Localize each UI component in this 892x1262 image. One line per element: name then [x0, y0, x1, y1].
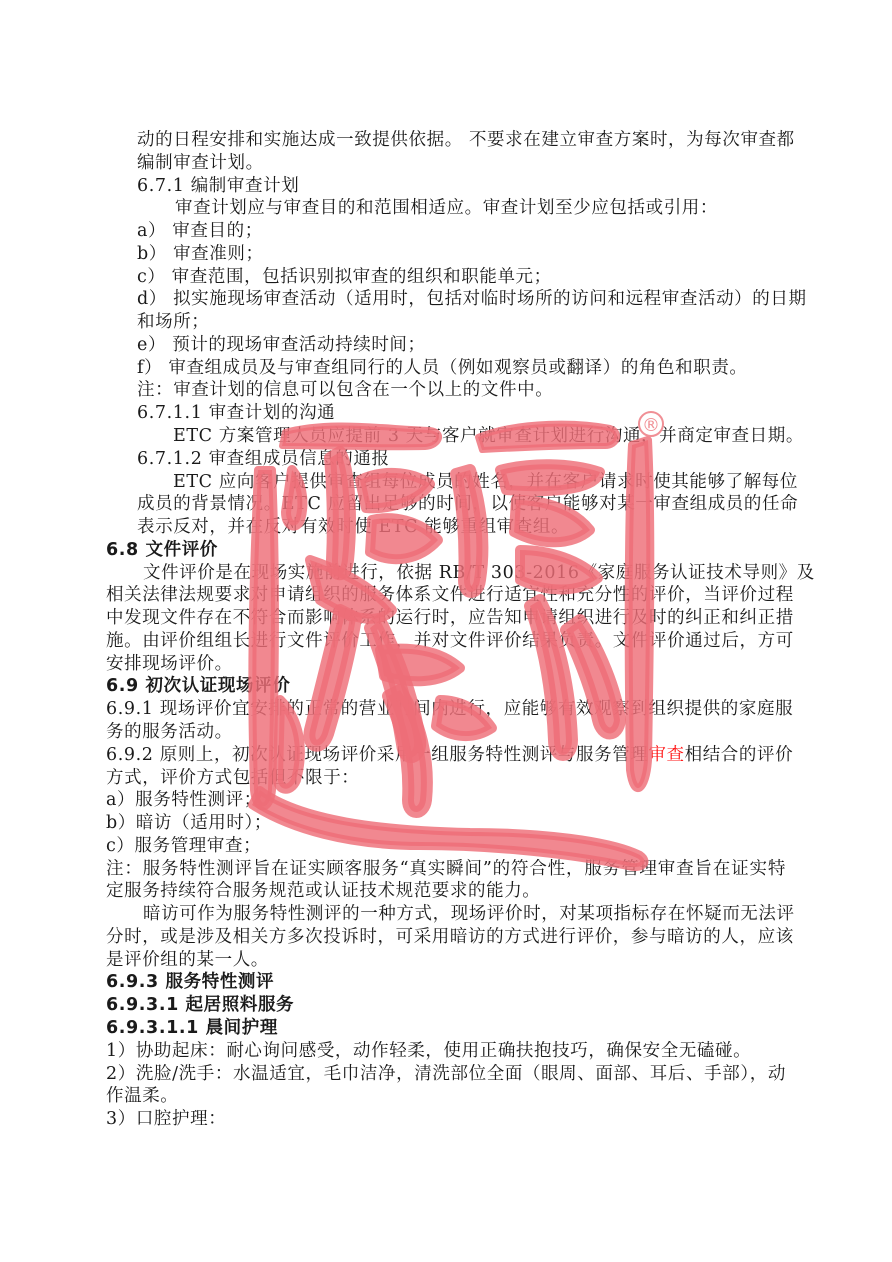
section-heading: 6.9.3.1.1 晨间护理: [106, 1017, 278, 1040]
text-line: 安排现场评价。: [106, 653, 233, 676]
text-line: 6.9.1 现场评价宜安排的正常的营业时间内进行，应能够有效观察到组织提供的家庭…: [106, 698, 786, 721]
section-heading: 6.9.3.1 起居照料服务: [106, 994, 294, 1017]
text-line: 2）洗脸/洗手：水温适宜，毛巾洁净，清洗部位全面（眼周、面部、耳后、手部），动: [106, 1063, 786, 1086]
text-line: a）服务特性测评；: [106, 789, 262, 812]
text-line: b） 审查准则；: [137, 243, 264, 266]
text-line: 6.9.2 原则上，初次认证现场评价采用一组服务特性测评与服务管理审查相结合的评…: [106, 744, 786, 767]
text-line: 相关法律法规要求对申请组织的服务体系文件进行适宜性和充分性的评价，当评价过程: [106, 584, 786, 607]
text-line: 是评价组的某一人。: [106, 949, 269, 972]
text-line: ETC 方案管理人员应提前 3 天与客户就审查计划进行沟通，并商定审查日期。: [173, 425, 786, 448]
text-line: ETC 应向客户提供审查组每位成员的姓名，并在客户请求时使其能够了解每位: [173, 471, 786, 494]
text-line: a） 审查目的；: [137, 220, 263, 243]
text-line: 定服务持续符合服务规范或认证技术规范要求的能力。: [106, 880, 540, 903]
text-line: 文件评价是在现场实施前进行，依据 RB/T 303-2016《家庭服务认证技术导…: [143, 562, 786, 585]
text-line: 和场所；: [137, 311, 209, 334]
text-line: 6.7.1.2 审查组成员信息的通报: [137, 448, 390, 471]
text-line: 成员的背景情况。ETC 应留出足够的时间，以使客户能够对某一审查组成员的任命: [137, 493, 786, 516]
text-line: 暗访可作为服务特性测评的一种方式，现场评价时，对某项指标存在怀疑而无法评: [143, 903, 786, 926]
text-line: 注：服务特性测评旨在证实顾客服务“真实瞬间”的符合性，服务管理审查旨在证实特: [106, 858, 786, 881]
text-line: 编制审查计划。: [137, 152, 264, 175]
text-line: c）服务管理审查；: [106, 835, 261, 858]
text-line: d） 拟实施现场审查活动（适用时，包括对临时场所的访问和远程审查活动）的日期: [137, 288, 786, 311]
text-line: 作温柔。: [106, 1085, 178, 1108]
text-line: 6.7.1.1 审查计划的沟通: [137, 402, 335, 425]
text-line: 方式，评价方式包括但不限于：: [106, 767, 359, 790]
text-line: e） 预计的现场审查活动持续时间；: [137, 334, 426, 357]
text-segment: 6.9.2 原则上，初次认证现场评价采用一组服务特性测评与服务管理: [106, 745, 648, 765]
section-heading: 6.9.3 服务特性测评: [106, 971, 274, 994]
text-line: 表示反对，并在反对有效时使 ETC 能够重组审查组。: [137, 516, 569, 539]
highlighted-text: 审查: [648, 745, 684, 765]
text-line: 注：审查计划的信息可以包含在一个以上的文件中。: [137, 379, 553, 402]
text-line: c） 审查范围，包括识别拟审查的组织和职能单元；: [137, 266, 552, 289]
text-line: 3）口腔护理：: [106, 1108, 226, 1131]
text-line: 审查计划应与审查目的和范围相适应。审查计划至少应包括或引用：: [175, 197, 718, 220]
text-line: 动的日程安排和实施达成一致提供依据。 不要求在建立审查方案时，为每次审查都: [137, 129, 786, 152]
document-page: 动的日程安排和实施达成一致提供依据。 不要求在建立审查方案时，为每次审查都编制审…: [0, 0, 892, 1262]
text-line: 施。由评价组组长进行文件评价工作，并对文件评价结果负责。文件评价通过后，方可: [106, 630, 786, 653]
text-segment: 相结合的评价: [685, 745, 794, 765]
section-heading: 6.9 初次认证现场评价: [106, 675, 290, 698]
text-line: 中发现文件存在不符合而影响体系的运行时，应告知申请组织进行及时的纠正和纠正措: [106, 607, 786, 630]
text-line: f） 审查组成员及与审查组同行的人员（例如观察员或翻译）的角色和职责。: [137, 357, 748, 380]
text-line: 6.7.1 编制审查计划: [137, 175, 299, 198]
text-line: 务的服务活动。: [106, 721, 233, 744]
text-line: 分时，或是涉及相关方多次投诉时，可采用暗访的方式进行评价，参与暗访的人，应该: [106, 926, 786, 949]
text-line: 1）协助起床：耐心询问感受，动作轻柔，使用正确扶抱技巧，确保安全无磕碰。: [106, 1040, 751, 1063]
text-line: b）暗访（适用时）；: [106, 812, 272, 835]
section-heading: 6.8 文件评价: [106, 539, 218, 562]
